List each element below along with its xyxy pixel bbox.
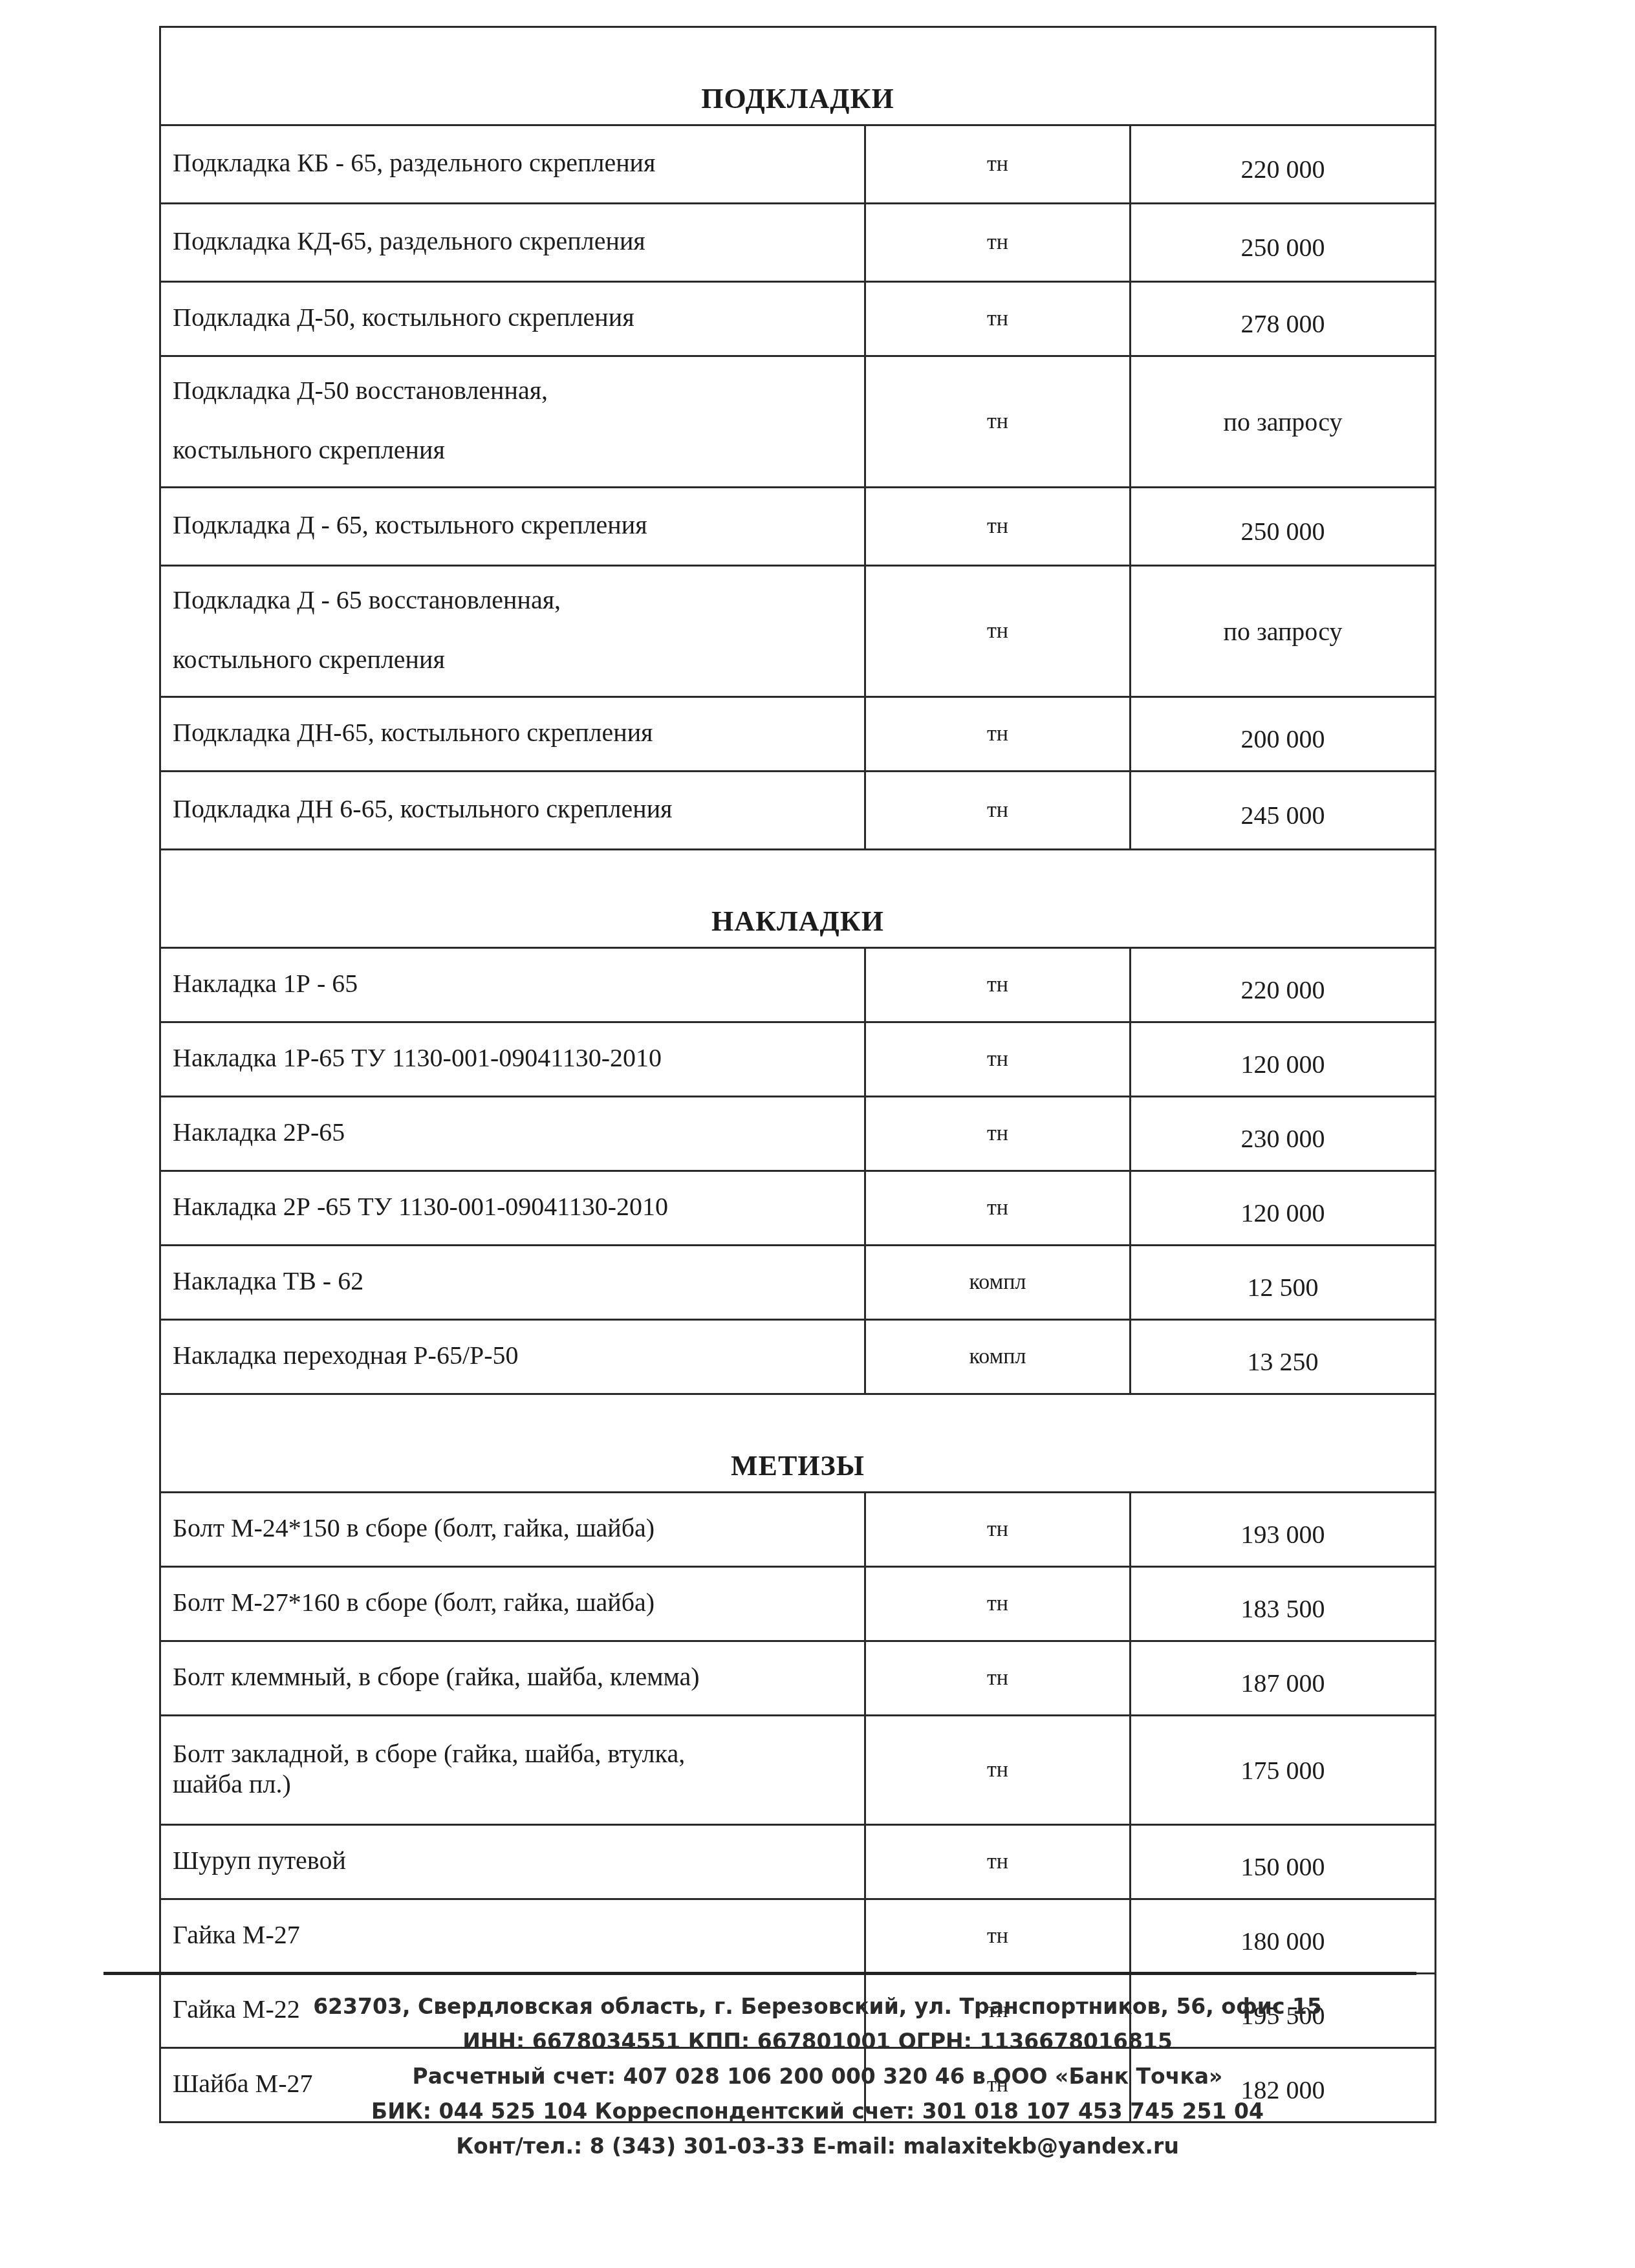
table-row: Накладка переходная Р-65/Р-50 компл 13 2… — [160, 1320, 1436, 1394]
item-price: 12 500 — [1131, 1246, 1436, 1320]
item-unit: тн — [865, 697, 1131, 772]
item-unit: тн — [865, 1097, 1131, 1171]
item-unit: компл — [865, 1246, 1131, 1320]
item-price: по запросу — [1131, 356, 1436, 488]
item-unit: тн — [865, 1022, 1131, 1097]
item-price: по запросу — [1131, 566, 1436, 697]
price-table: ПОДКЛАДКИ Подкладка КБ - 65, раздельного… — [159, 26, 1436, 2123]
item-price: 250 000 — [1131, 204, 1436, 282]
item-name: Подкладка ДН-65, костыльного скрепления — [160, 697, 865, 772]
item-price: 220 000 — [1131, 948, 1436, 1022]
table-row: Накладка 1Р-65 ТУ 1130-001-09041130-2010… — [160, 1022, 1436, 1097]
item-unit: тн — [865, 1493, 1131, 1567]
table-row: Болт М-27*160 в сборе (болт, гайка, шайб… — [160, 1567, 1436, 1641]
section-header-row: НАКЛАДКИ — [160, 850, 1436, 948]
item-name: Болт закладной, в сборе (гайка, шайба, в… — [160, 1716, 865, 1825]
item-name: Накладка 2Р -65 ТУ 1130-001-09041130-201… — [160, 1171, 865, 1246]
item-price: 230 000 — [1131, 1097, 1436, 1171]
table-row: Накладка 1Р - 65 тн 220 000 — [160, 948, 1436, 1022]
item-name: Накладка 1Р-65 ТУ 1130-001-09041130-2010 — [160, 1022, 865, 1097]
item-unit: тн — [865, 772, 1131, 850]
table-row: Подкладка КД-65, раздельного скрепления … — [160, 204, 1436, 282]
item-name: Подкладка ДН 6-65, костыльного скреплени… — [160, 772, 865, 850]
item-name: Подкладка Д-50 восстановленная,костыльно… — [160, 356, 865, 488]
table-row: Накладка 2Р-65 тн 230 000 — [160, 1097, 1436, 1171]
item-name: Шуруп путевой — [160, 1825, 865, 1899]
item-price: 187 000 — [1131, 1641, 1436, 1716]
section-title: МЕТИЗЫ — [160, 1394, 1436, 1493]
item-price: 278 000 — [1131, 282, 1436, 356]
section-header-row: МЕТИЗЫ — [160, 1394, 1436, 1493]
item-price: 220 000 — [1131, 125, 1436, 204]
table-row: Болт закладной, в сборе (гайка, шайба, в… — [160, 1716, 1436, 1825]
item-price: 13 250 — [1131, 1320, 1436, 1394]
table-row: Накладка 2Р -65 ТУ 1130-001-09041130-201… — [160, 1171, 1436, 1246]
item-name: Гайка М-27 — [160, 1899, 865, 1974]
item-name: Подкладка Д - 65 восстановленная,костыль… — [160, 566, 865, 697]
item-unit: тн — [865, 282, 1131, 356]
item-name: Накладка 1Р - 65 — [160, 948, 865, 1022]
item-name: Накладка переходная Р-65/Р-50 — [160, 1320, 865, 1394]
item-price: 193 000 — [1131, 1493, 1436, 1567]
item-name: Подкладка КБ - 65, раздельного скреплени… — [160, 125, 865, 204]
table-row: Подкладка ДН 6-65, костыльного скреплени… — [160, 772, 1436, 850]
table-row: Подкладка Д-50, костыльного скрепления т… — [160, 282, 1436, 356]
item-unit: тн — [865, 125, 1131, 204]
item-unit: тн — [865, 1825, 1131, 1899]
footer-contacts: Конт/тел.: 8 (343) 301-03-33 E-mail: mal… — [0, 2129, 1635, 2164]
item-name: Болт клеммный, в сборе (гайка, шайба, кл… — [160, 1641, 865, 1716]
table-row: Подкладка Д - 65, костыльного скрепления… — [160, 488, 1436, 566]
item-price: 250 000 — [1131, 488, 1436, 566]
table-row: Подкладка Д - 65 восстановленная,костыль… — [160, 566, 1436, 697]
item-name: Подкладка Д - 65, костыльного скрепления — [160, 488, 865, 566]
item-name: Накладка 2Р-65 — [160, 1097, 865, 1171]
table-row: Гайка М-27 тн 180 000 — [160, 1899, 1436, 1974]
item-price: 150 000 — [1131, 1825, 1436, 1899]
item-name: Накладка ТВ - 62 — [160, 1246, 865, 1320]
item-unit: компл — [865, 1320, 1131, 1394]
item-name: Подкладка Д-50, костыльного скрепления — [160, 282, 865, 356]
item-unit: тн — [865, 488, 1131, 566]
section-title: НАКЛАДКИ — [160, 850, 1436, 948]
item-unit: тн — [865, 204, 1131, 282]
item-price: 200 000 — [1131, 697, 1436, 772]
table-row: Болт М-24*150 в сборе (болт, гайка, шайб… — [160, 1493, 1436, 1567]
item-price: 120 000 — [1131, 1022, 1436, 1097]
footer-bank: БИК: 044 525 104 Корреспондентский счет:… — [0, 2094, 1635, 2129]
table-row: Болт клеммный, в сборе (гайка, шайба, кл… — [160, 1641, 1436, 1716]
item-unit: тн — [865, 948, 1131, 1022]
item-unit: тн — [865, 1171, 1131, 1246]
item-name: Болт М-24*150 в сборе (болт, гайка, шайб… — [160, 1493, 865, 1567]
footer-address: 623703, Свердловская область, г. Березов… — [0, 1989, 1635, 2024]
footer-registration: ИНН: 6678034551 КПП: 667801001 ОГРН: 113… — [0, 2024, 1635, 2059]
item-unit: тн — [865, 566, 1131, 697]
item-name: Подкладка КД-65, раздельного скрепления — [160, 204, 865, 282]
table-row: Подкладка КБ - 65, раздельного скреплени… — [160, 125, 1436, 204]
item-unit: тн — [865, 1567, 1131, 1641]
item-unit: тн — [865, 1899, 1131, 1974]
footer-divider — [103, 1972, 1416, 1975]
table-row: Шуруп путевой тн 150 000 — [160, 1825, 1436, 1899]
table-row: Подкладка Д-50 восстановленная,костыльно… — [160, 356, 1436, 488]
item-price: 120 000 — [1131, 1171, 1436, 1246]
company-footer: 623703, Свердловская область, г. Березов… — [0, 1989, 1635, 2164]
table-row: Накладка ТВ - 62 компл 12 500 — [160, 1246, 1436, 1320]
table-row: Подкладка ДН-65, костыльного скрепления … — [160, 697, 1436, 772]
item-unit: тн — [865, 356, 1131, 488]
item-unit: тн — [865, 1641, 1131, 1716]
item-price: 175 000 — [1131, 1716, 1436, 1825]
item-unit: тн — [865, 1716, 1131, 1825]
item-name: Болт М-27*160 в сборе (болт, гайка, шайб… — [160, 1567, 865, 1641]
footer-account: Расчетный счет: 407 028 106 200 000 320 … — [0, 2059, 1635, 2094]
section-title: ПОДКЛАДКИ — [160, 27, 1436, 125]
item-price: 183 500 — [1131, 1567, 1436, 1641]
section-header-row: ПОДКЛАДКИ — [160, 27, 1436, 125]
item-price: 245 000 — [1131, 772, 1436, 850]
item-price: 180 000 — [1131, 1899, 1436, 1974]
price-list-sheet: ПОДКЛАДКИ Подкладка КБ - 65, раздельного… — [159, 26, 1435, 2123]
